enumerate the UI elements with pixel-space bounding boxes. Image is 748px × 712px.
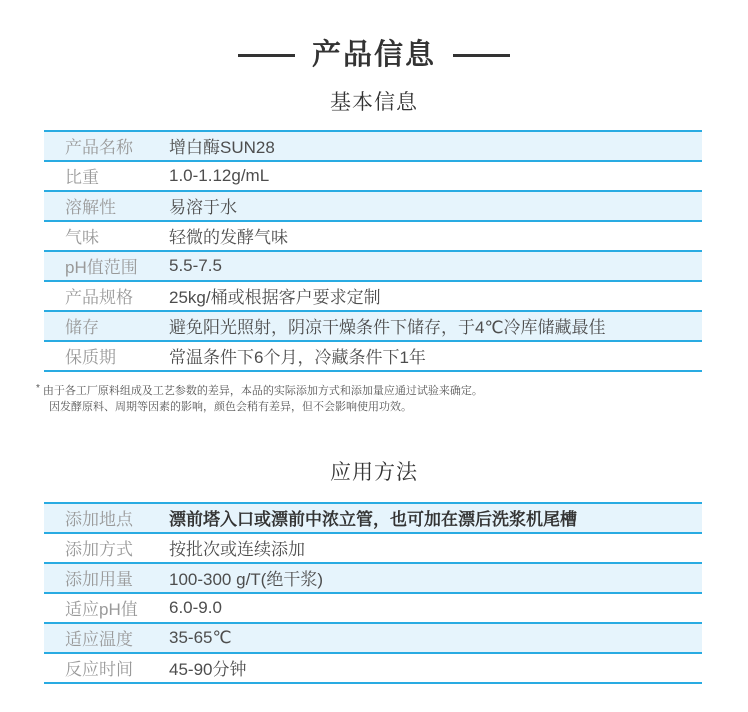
footnote-text-1: 由于各工厂原料组成及工艺参数的差异，本品的实际添加方式和添加量应通过试验来确定。	[43, 385, 483, 397]
row-value: 避免阳光照射，阴凉干燥条件下储存，于4℃冷库储藏最佳	[169, 313, 606, 338]
row-value: 轻微的发酵气味	[169, 223, 288, 248]
table-row: 适应温度 35-65℃	[44, 624, 702, 654]
row-label: 产品规格	[44, 283, 169, 308]
page-title: 产品信息	[312, 38, 436, 73]
product-info-page: 产品信息 基本信息 产品名称 增白酶SUN28 比重 1.0-1.12g/mL …	[0, 0, 748, 712]
application-table: 添加地点 漂前塔入口或漂前中浓立管，也可加在漂后洗浆机尾槽 添加方式 按批次或连…	[44, 502, 702, 684]
section-title-basic-info: 基本信息	[0, 86, 748, 116]
table-row: 反应时间 45-90分钟	[44, 654, 702, 684]
footnote: *由于各工厂原料组成及工艺参数的差异，本品的实际添加方式和添加量应通过试验来确定…	[36, 381, 748, 415]
row-value: 1.0-1.12g/mL	[169, 166, 269, 186]
table-row: 比重 1.0-1.12g/mL	[44, 162, 702, 192]
table-row: pH值范围 5.5-7.5	[44, 252, 702, 282]
table-row: 添加方式 按批次或连续添加	[44, 534, 702, 564]
footnote-line-2: 因发酵原料、周期等因素的影响，颜色会稍有差异，但不会影响使用功效。	[36, 399, 748, 415]
table-row: 产品规格 25kg/桶或根据客户要求定制	[44, 282, 702, 312]
row-value: 常温条件下6个月，冷藏条件下1年	[169, 343, 426, 368]
row-label: 比重	[44, 163, 169, 188]
section-title-application: 应用方法	[0, 456, 748, 486]
row-value: 漂前塔入口或漂前中浓立管，也可加在漂后洗浆机尾槽	[169, 505, 577, 530]
row-label: 产品名称	[44, 133, 169, 158]
row-label: pH值范围	[44, 253, 169, 278]
row-value: 易溶于水	[169, 193, 237, 218]
row-label: 气味	[44, 223, 169, 248]
row-label: 储存	[44, 313, 169, 338]
table-row: 溶解性 易溶于水	[44, 192, 702, 222]
row-value: 35-65℃	[169, 628, 232, 648]
page-header: 产品信息	[0, 0, 748, 73]
row-value: 5.5-7.5	[169, 256, 222, 276]
row-label: 添加方式	[44, 535, 169, 560]
table-row: 保质期 常温条件下6个月，冷藏条件下1年	[44, 342, 702, 372]
footnote-asterisk: *	[36, 383, 40, 394]
row-value: 45-90分钟	[169, 655, 246, 680]
row-value: 6.0-9.0	[169, 598, 222, 618]
row-label: 反应时间	[44, 655, 169, 680]
table-row: 储存 避免阳光照射，阴凉干燥条件下储存，于4℃冷库储藏最佳	[44, 312, 702, 342]
title-left-dash	[238, 54, 295, 57]
row-value: 25kg/桶或根据客户要求定制	[169, 283, 381, 308]
table-row: 添加用量 100-300 g/T(绝干浆)	[44, 564, 702, 594]
table-row: 适应pH值 6.0-9.0	[44, 594, 702, 624]
basic-info-table: 产品名称 增白酶SUN28 比重 1.0-1.12g/mL 溶解性 易溶于水 气…	[44, 130, 702, 372]
title-right-dash	[453, 54, 510, 57]
row-value: 按批次或连续添加	[169, 535, 305, 560]
row-value: 100-300 g/T(绝干浆)	[169, 565, 323, 590]
table-row: 产品名称 增白酶SUN28	[44, 132, 702, 162]
row-label: 添加用量	[44, 565, 169, 590]
row-label: 添加地点	[44, 505, 169, 530]
row-label: 保质期	[44, 343, 169, 368]
footnote-line-1: *由于各工厂原料组成及工艺参数的差异，本品的实际添加方式和添加量应通过试验来确定…	[36, 381, 748, 399]
table-row: 添加地点 漂前塔入口或漂前中浓立管，也可加在漂后洗浆机尾槽	[44, 504, 702, 534]
row-value: 增白酶SUN28	[169, 133, 275, 158]
row-label: 适应pH值	[44, 595, 169, 620]
row-label: 适应温度	[44, 625, 169, 650]
table-row: 气味 轻微的发酵气味	[44, 222, 702, 252]
row-label: 溶解性	[44, 193, 169, 218]
